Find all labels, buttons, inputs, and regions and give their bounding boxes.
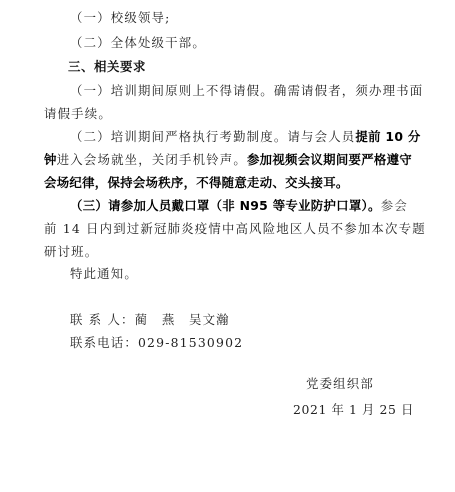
requirement-1-line-1: （一）培训期间原则上不得请假。确需请假者，须办理书面 (70, 83, 423, 99)
requirement-2-line-2: 钟进入会场就坐，关闭手机铃声。参加视频会议期间要严格遵守 (44, 152, 412, 168)
requirement-2-line-3: 会场纪律，保持会场秩序，不得随意走动、交头接耳。 (44, 175, 349, 191)
requirement-2-bold-start: 钟 (44, 152, 57, 167)
contact-phone-label: 联系电话： (70, 335, 138, 350)
requirement-3-text: 参会 (381, 198, 408, 213)
requirement-2-text-2: 进入会场就坐，关闭手机铃声。 (57, 152, 247, 167)
section-heading: 三、相关要求 (68, 59, 146, 75)
requirement-2-bold-text-2: 参加视频会议期间要严格遵守 (247, 152, 412, 167)
contact-person-value: 蔺 燕 吴文瀚 (135, 312, 230, 327)
audience-item-school-leaders: （一）校级领导; (70, 10, 171, 26)
contact-phone: 联系电话：029-81530902 (70, 335, 243, 351)
signature-organization: 党委组织部 (306, 376, 374, 392)
contact-person: 联 系 人：蔺 燕 吴文瀚 (70, 312, 230, 328)
contact-phone-value: 029-81530902 (138, 335, 243, 350)
signature-date: 2021 年 1 月 25 日 (293, 402, 414, 418)
requirement-3-line-2: 前 14 日内到过新冠肺炎疫情中高风险地区人员不参加本次专题 (44, 221, 426, 237)
contact-person-label: 联 系 人： (70, 312, 135, 327)
requirement-3-line-1: （三）请参加人员戴口罩（非 N95 等专业防护口罩）。参会 (70, 198, 408, 214)
audience-item-department-cadres: （二）全体处级干部。 (70, 35, 206, 51)
requirement-2-bold-text: 提前 10 分 (355, 129, 420, 144)
requirement-2-line-1: （二）培训期间严格执行考勤制度。请与会人员提前 10 分 (70, 129, 421, 145)
requirement-1-line-2: 请假手续。 (44, 106, 112, 122)
requirement-2-text: （二）培训期间严格执行考勤制度。请与会人员 (70, 129, 355, 144)
requirement-3-line-3: 研讨班。 (44, 244, 98, 260)
requirement-3-bold-text: （三）请参加人员戴口罩（非 N95 等专业防护口罩）。 (70, 198, 381, 213)
closing-text: 特此通知。 (70, 266, 138, 282)
